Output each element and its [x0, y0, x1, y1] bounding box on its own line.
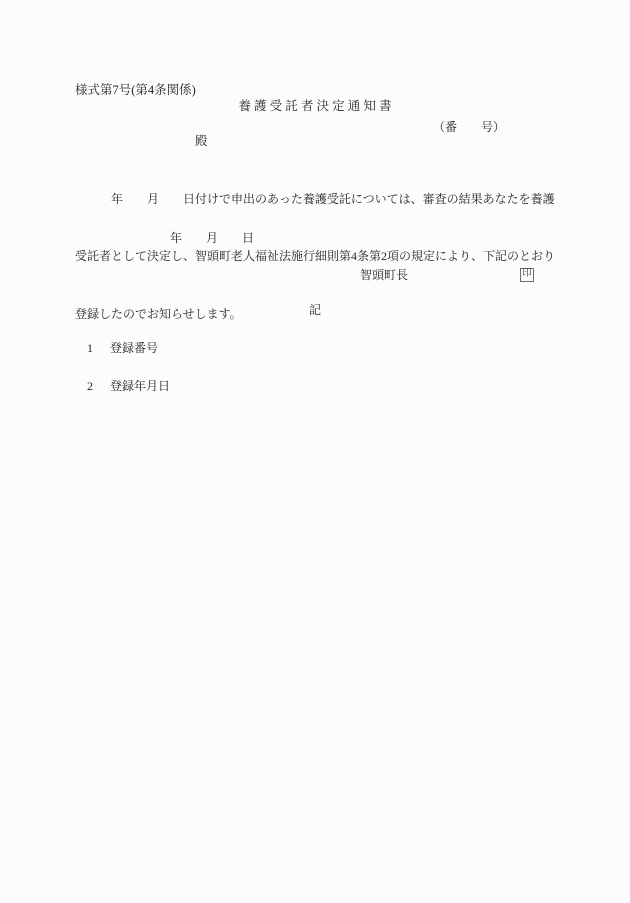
- item-number: 1: [87, 341, 110, 356]
- issuer-line: 智頭町長 印: [360, 266, 534, 283]
- body-line-1: 年 月 日付けで申出のあった養護受託については、審査の結果あなたを養護: [75, 190, 559, 209]
- list-item-registration-date: 2登録年月日: [75, 362, 170, 409]
- issuer-name: 智頭町長: [360, 266, 408, 283]
- item-label: 登録年月日: [110, 379, 170, 393]
- seal-mark: 印: [520, 268, 534, 282]
- body-line-2: 受託者として決定し、智頭町老人福祉法施行細則第4条第2項の規定により、下記のとお…: [75, 247, 559, 266]
- section-marker: 記: [0, 301, 630, 318]
- document-page: 様式第7号(第4条関係) 養 護 受 託 者 決 定 通 知 書 （番 号） 殿…: [0, 0, 630, 903]
- addressee-honorific: 殿: [195, 131, 208, 149]
- item-label: 登録番号: [110, 341, 158, 355]
- issue-date-line: 年 月 日: [170, 229, 254, 246]
- document-number-field: （番 号）: [433, 118, 505, 135]
- item-number: 2: [87, 379, 110, 394]
- document-title: 養 護 受 託 者 決 定 通 知 書: [0, 96, 630, 114]
